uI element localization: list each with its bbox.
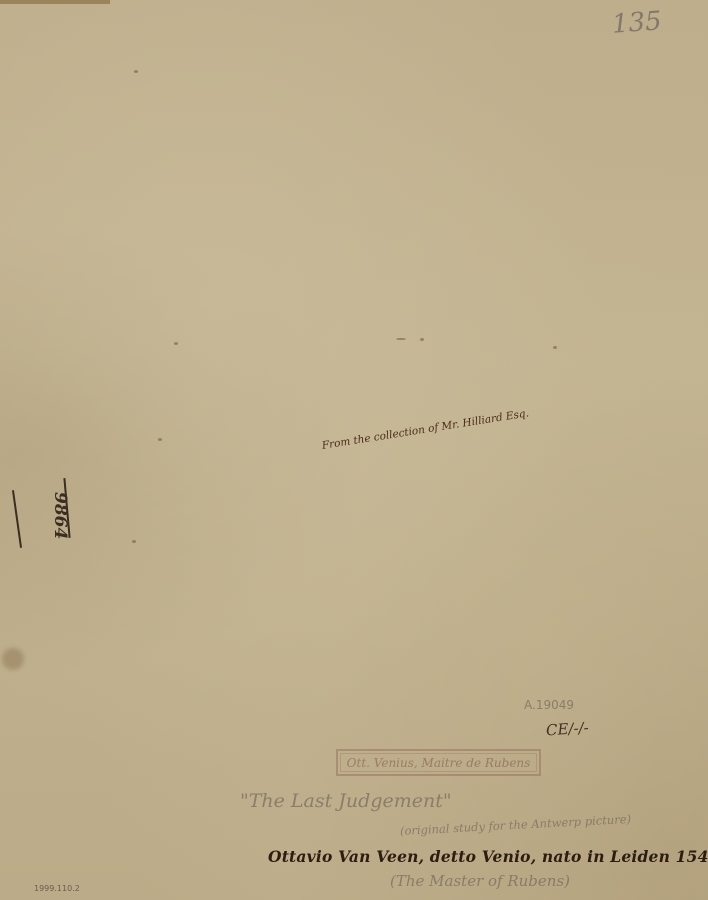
document-sheet: 135 From the collection of Mr. Hilliard … (0, 0, 708, 900)
stamp-label: Ott. Venius, Maitre de Rubens (336, 749, 541, 776)
master-note: (The Master of Rubens) (390, 872, 570, 890)
paper-speck (396, 338, 406, 340)
artist-attribution: Ottavio Van Veen, detto Venio, nato in L… (268, 847, 708, 866)
code-mark: CE/-/- (545, 719, 589, 740)
paper-edge-strip (0, 0, 110, 4)
accession-number: A.19049 (524, 698, 574, 712)
museum-number: 1999.110.2 (34, 884, 80, 893)
study-note: (original study for the Antwerp picture) (400, 812, 632, 838)
paper-speck (158, 438, 162, 441)
collection-note: From the collection of Mr. Hilliard Esq. (321, 407, 530, 452)
paper-speck (132, 540, 136, 543)
paper-speck (420, 338, 424, 341)
inventory-bracket-left (12, 490, 22, 548)
folio-number: 135 (611, 6, 663, 39)
paper-speck (553, 346, 557, 349)
paper-speck (134, 70, 138, 73)
paper-speck (174, 342, 178, 345)
artwork-title: "The Last Judgement" (240, 790, 452, 812)
foxing-stain (2, 648, 24, 670)
inventory-number: 9864 (50, 492, 70, 539)
